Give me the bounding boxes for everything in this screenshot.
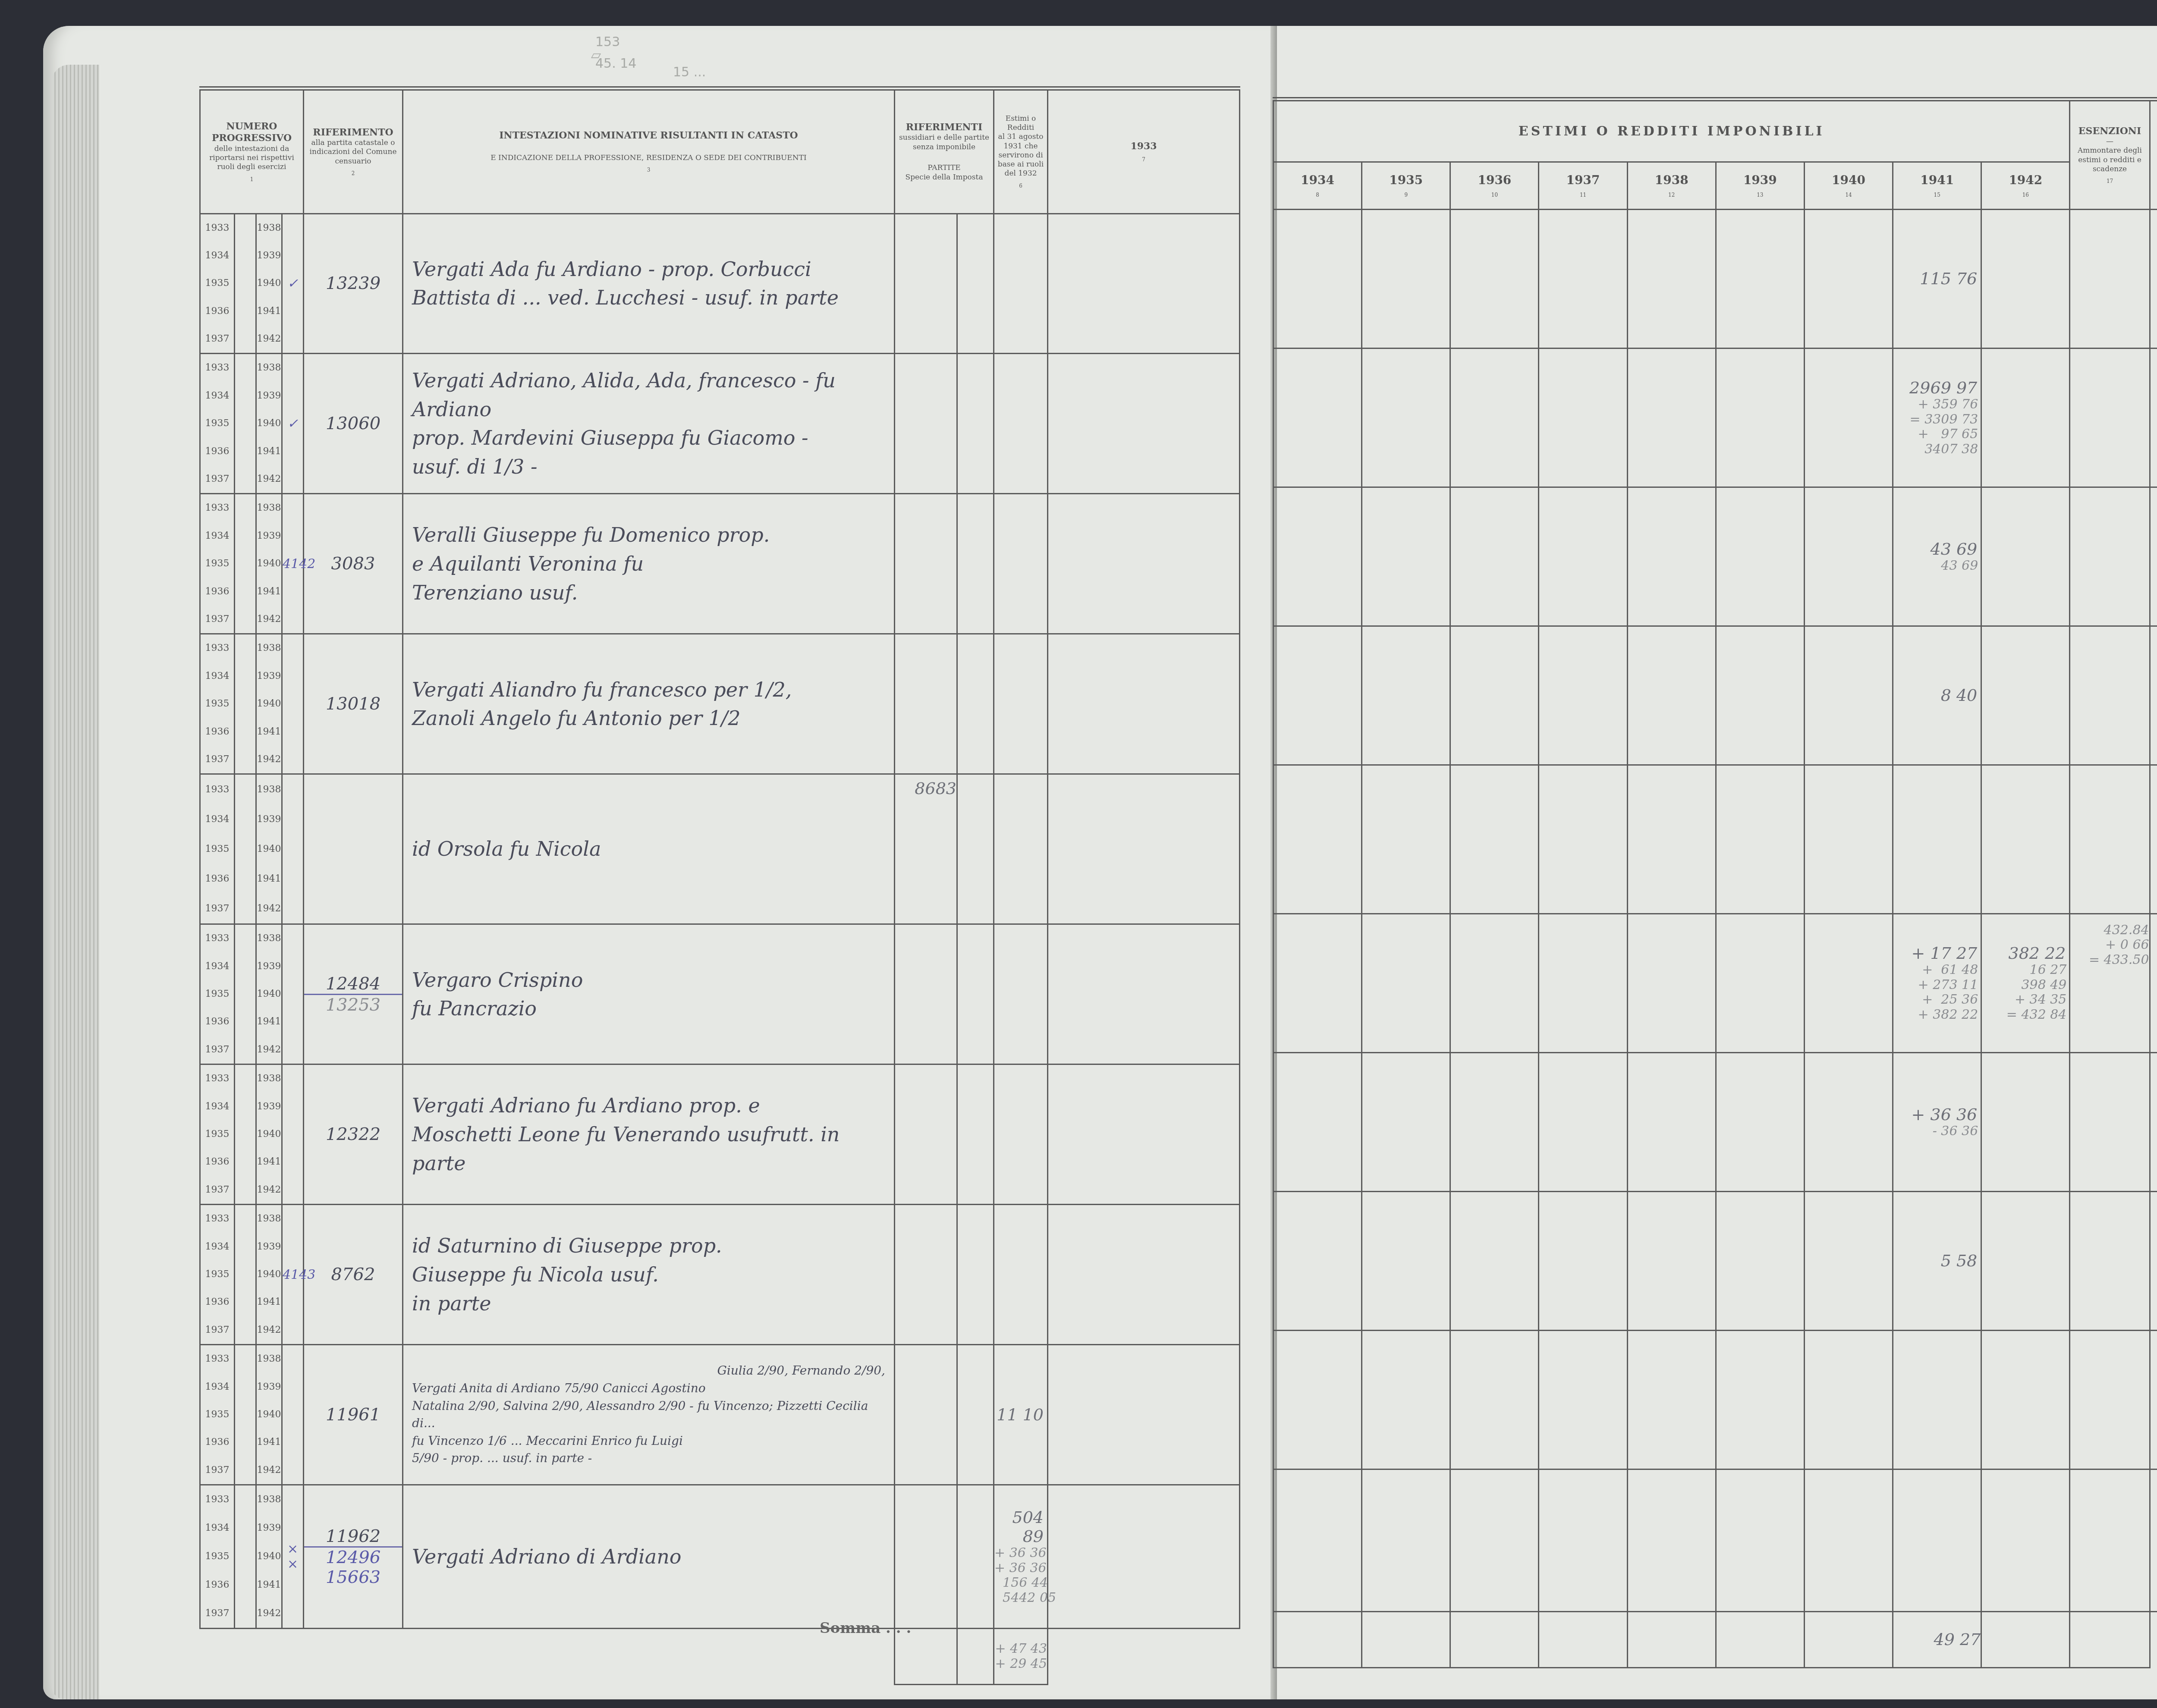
year-label: 1941 xyxy=(257,1148,281,1176)
year-label: 1934 xyxy=(201,382,234,410)
year-1933-cell xyxy=(1048,354,1240,494)
estimi-1931-cell xyxy=(994,924,1048,1064)
value-1936-cell xyxy=(1450,348,1539,487)
riferimento-cell: 11961 xyxy=(304,1345,403,1485)
partita-ref: 3083 xyxy=(304,554,402,574)
year-label: 1938 xyxy=(257,925,281,952)
partite-cell xyxy=(895,354,957,494)
value-1935-cell xyxy=(1362,1330,1450,1469)
right-ledger-table: ESTIMI O REDDITI IMPONIBILI ESENZIONI—Am… xyxy=(1273,97,2157,1668)
value-1934-cell xyxy=(1273,487,1362,626)
value-1939-cell xyxy=(1716,1330,1804,1469)
somma-row: + 47 43 + 29 45 xyxy=(200,1629,1240,1685)
year-label: 1934 xyxy=(201,662,234,690)
year-label: 1941 xyxy=(257,578,281,606)
value-1935-cell xyxy=(1362,1052,1450,1191)
intestazione-cell: id Saturnino di Giuseppe prop.Giuseppe f… xyxy=(403,1205,895,1345)
year-label: 1935 xyxy=(201,270,234,297)
value-1938-cell xyxy=(1627,765,1716,914)
year-label: 1936 xyxy=(201,1148,234,1176)
annotazioni-cell xyxy=(2150,765,2157,914)
year-label: 1938 xyxy=(257,354,281,382)
value-1942-cell xyxy=(1981,1469,2070,1611)
value-1939-cell xyxy=(1716,626,1804,765)
intestazione-cell: Vergati Adriano, Alida, Ada, francesco -… xyxy=(403,354,895,494)
year-label: 1935 xyxy=(201,834,234,864)
year-label: 1938 xyxy=(257,634,281,662)
entry-text-line: Vergati Adriano, Alida, Ada, francesco -… xyxy=(403,366,894,424)
entry-text-line: Battista di ... ved. Lucchesi - usuf. in… xyxy=(403,283,894,312)
value-1942-cell xyxy=(1981,487,2070,626)
value-1937-cell xyxy=(1539,1052,1627,1191)
value-1940-cell xyxy=(1804,1052,1893,1191)
value-1936-cell xyxy=(1450,626,1539,765)
year-label: 1935 xyxy=(201,550,234,578)
value-1935-cell xyxy=(1362,914,1450,1052)
year-label: 1939 xyxy=(257,953,281,980)
estimi-1931-cell xyxy=(994,213,1048,354)
value-1935-cell xyxy=(1362,487,1450,626)
year-label: 1939 xyxy=(257,1373,281,1401)
intestazione-cell: Vergati Adriano fu Ardiano prop. eMosche… xyxy=(403,1064,895,1205)
entry-text-line: Vergati Anita di Ardiano 75/90 Canicci A… xyxy=(403,1380,894,1397)
value-1938-cell xyxy=(1627,914,1716,1052)
year-label: 1936 xyxy=(201,1571,234,1599)
entry-row: 1933193419351936193719381939194019411942… xyxy=(200,494,1240,634)
annotazioni-cell xyxy=(2150,1052,2157,1191)
estimi-1931-cell xyxy=(994,354,1048,494)
page-edges-left xyxy=(52,65,99,1699)
value-1940-cell xyxy=(1804,1191,1893,1330)
header-year-1938: 193812 xyxy=(1627,162,1716,209)
year-label: 1941 xyxy=(257,438,281,465)
value-1938-cell xyxy=(1627,1052,1716,1191)
annotazioni-cell xyxy=(2150,914,2157,1052)
year-label: 1940 xyxy=(257,270,281,297)
value-1940-cell xyxy=(1804,914,1893,1052)
year-label: 1940 xyxy=(257,834,281,864)
year-label: 1941 xyxy=(257,718,281,746)
specie-cell xyxy=(957,494,994,634)
year-label: 1934 xyxy=(201,1514,234,1542)
value-1940-cell xyxy=(1804,1330,1893,1469)
year-label: 1935 xyxy=(201,980,234,1008)
riferimento-cell: 13239 xyxy=(304,213,403,354)
value-1936-cell xyxy=(1450,1052,1539,1191)
specie-cell xyxy=(957,1485,994,1629)
year-1933-cell xyxy=(1048,1205,1240,1345)
entry-mark: ✓ xyxy=(282,354,304,494)
header-year-1942: 194216 xyxy=(1981,162,2070,209)
value-1936-cell xyxy=(1450,1469,1539,1611)
year-label: 1938 xyxy=(257,1065,281,1093)
value-1941-cell: 2969 97+ 359 76 = 3309 73 + 97 65 3407 3… xyxy=(1893,348,1981,487)
value-1934-cell xyxy=(1273,1330,1362,1469)
year-label: 1933 xyxy=(201,214,234,242)
header-year-1936: 193610 xyxy=(1450,162,1539,209)
value-1939-cell xyxy=(1716,209,1804,348)
intestazione-cell: Giulia 2/90, Fernando 2/90,Vergati Anita… xyxy=(403,1345,895,1485)
year-label: 1938 xyxy=(257,1205,281,1233)
esenzioni-cell xyxy=(2070,765,2150,914)
header-year-1934: 19348 xyxy=(1273,162,1362,209)
value-1938-cell xyxy=(1627,487,1716,626)
year-label: 1936 xyxy=(201,438,234,465)
year-label: 1936 xyxy=(201,298,234,325)
annotazioni-cell xyxy=(2150,209,2157,348)
year-label: 1936 xyxy=(201,718,234,746)
value-1941-cell: + 17 27+ 61 48 + 273 11 + 25 36 + 382 22 xyxy=(1893,914,1981,1052)
value-1940-cell xyxy=(1804,348,1893,487)
value-1938-cell xyxy=(1627,1469,1716,1611)
year-label: 1933 xyxy=(201,354,234,382)
intestazione-cell: Vergaro Crispinofu Pancrazio xyxy=(403,924,895,1064)
header-1933: 19337 xyxy=(1048,88,1240,213)
entry-row: 1933193419351936193719381939194019411942… xyxy=(200,774,1240,924)
entry-text-line: Zanoli Angelo fu Antonio per 1/2 xyxy=(403,704,894,733)
year-label: 1940 xyxy=(257,1542,281,1571)
entry-row: 1933193419351936193719381939194019411942… xyxy=(200,1064,1240,1205)
specie-cell xyxy=(957,1064,994,1205)
esenzioni-cell xyxy=(2070,1191,2150,1330)
intestazione-cell: Vergati Adriano di Ardiano xyxy=(403,1485,895,1629)
year-label: 1938 xyxy=(257,775,281,804)
header-esenzioni: ESENZIONI—Ammontare degli estimi o reddi… xyxy=(2070,99,2150,209)
header-riferimento: RIFERIMENTOalla partita catastale o indi… xyxy=(304,88,403,213)
entry-text-line: id Orsola fu Nicola xyxy=(403,835,894,863)
year-label: 1941 xyxy=(257,1008,281,1036)
partita-ref: 13060 xyxy=(304,414,402,433)
year-label: 1942 xyxy=(257,1316,281,1344)
header-year-1939: 193913 xyxy=(1716,162,1804,209)
pencil-note: 15 ... xyxy=(673,65,706,80)
year-label: 1939 xyxy=(257,242,281,270)
year-label: 1933 xyxy=(201,494,234,522)
value-1934-cell xyxy=(1273,626,1362,765)
year-label: 1935 xyxy=(201,410,234,437)
value-1936-cell xyxy=(1450,487,1539,626)
value-1934-cell xyxy=(1273,914,1362,1052)
year-label: 1940 xyxy=(257,980,281,1008)
entry-text-line: Giuseppe fu Nicola usuf. xyxy=(403,1260,894,1289)
entry-row: 1933193419351936193719381939194019411942… xyxy=(200,213,1240,354)
partita-ref-alt: 12496 xyxy=(304,1546,402,1567)
value-1938-cell xyxy=(1627,1330,1716,1469)
specie-cell xyxy=(957,1205,994,1345)
value-1938-cell xyxy=(1627,1191,1716,1330)
year-label: 1934 xyxy=(201,522,234,550)
year-label: 1942 xyxy=(257,606,281,633)
year-label: 1937 xyxy=(201,746,234,773)
value-1941-cell: 43 6943 69 xyxy=(1893,487,1981,626)
estimi-1931-cell xyxy=(994,774,1048,924)
partite-cell xyxy=(895,1064,957,1205)
riferimento-cell: 13060 xyxy=(304,354,403,494)
esenzioni-cell xyxy=(2070,626,2150,765)
value-1936-cell xyxy=(1450,1330,1539,1469)
year-1933-cell xyxy=(1048,1064,1240,1205)
entry-text-line: id Saturnino di Giuseppe prop. xyxy=(403,1231,894,1260)
year-label: 1939 xyxy=(257,1233,281,1261)
year-label: 1938 xyxy=(257,1485,281,1514)
year-label: 1934 xyxy=(201,242,234,270)
year-label: 1933 xyxy=(201,925,234,952)
year-label: 1937 xyxy=(201,1316,234,1344)
value-1935-cell xyxy=(1362,1191,1450,1330)
partita-ref: 11961 xyxy=(304,1405,402,1425)
year-label: 1942 xyxy=(257,1457,281,1484)
header-year-1937: 193711 xyxy=(1539,162,1627,209)
somma-estimi-1931: + 47 43 + 29 45 xyxy=(994,1629,1048,1685)
value-1937-cell xyxy=(1539,209,1627,348)
year-label: 1935 xyxy=(201,1401,234,1429)
value-1941-cell: 8 40 xyxy=(1893,626,1981,765)
intestazione-cell: Vergati Aliandro fu francesco per 1/2,Za… xyxy=(403,634,895,774)
entry-text-line: Moschetti Leone fu Venerando usufrutt. i… xyxy=(403,1120,894,1177)
esenzioni-cell xyxy=(2070,1330,2150,1469)
entry-text-line: in parte xyxy=(403,1289,894,1318)
year-label: 1934 xyxy=(201,953,234,980)
esenzioni-cell: 432.84 + 0 66 = 433.50 xyxy=(2070,914,2150,1052)
value-1942-cell xyxy=(1981,348,2070,487)
esenzioni-cell xyxy=(2070,348,2150,487)
year-label: 1933 xyxy=(201,634,234,662)
entry-values-row: 115 76 xyxy=(1273,209,2157,348)
year-label: 1935 xyxy=(201,690,234,718)
value-1942-cell xyxy=(1981,626,2070,765)
value-1936-cell xyxy=(1450,209,1539,348)
value-1940-cell xyxy=(1804,209,1893,348)
year-label: 1936 xyxy=(201,864,234,894)
value-1940-cell xyxy=(1804,626,1893,765)
year-label: 1934 xyxy=(201,1373,234,1401)
year-label: 1939 xyxy=(257,522,281,550)
year-label: 1942 xyxy=(257,894,281,923)
year-label: 1939 xyxy=(257,1093,281,1121)
esenzioni-cell xyxy=(2070,1469,2150,1611)
estimi-1931-cell: 11 10 xyxy=(994,1345,1048,1485)
value-1934-cell xyxy=(1273,209,1362,348)
value-1940-cell xyxy=(1804,765,1893,914)
value-1939-cell xyxy=(1716,765,1804,914)
value-1937-cell xyxy=(1539,626,1627,765)
partita-ref: 12484 xyxy=(304,974,402,994)
value-1935-cell xyxy=(1362,209,1450,348)
value-1939-cell xyxy=(1716,1469,1804,1611)
value-1934-cell xyxy=(1273,1052,1362,1191)
annotazioni-cell xyxy=(2150,626,2157,765)
header-annotazioni: ANNOTAZIONI18 xyxy=(2150,99,2157,209)
partite-cell xyxy=(895,213,957,354)
year-label: 1941 xyxy=(257,1571,281,1599)
year-label: 1934 xyxy=(201,1233,234,1261)
value-1934-cell xyxy=(1273,765,1362,914)
value-1941-cell xyxy=(1893,1330,1981,1469)
header-intestazioni: INTESTAZIONI NOMINATIVE RISULTANTI IN CA… xyxy=(403,88,895,213)
value-1942-cell xyxy=(1981,1191,2070,1330)
year-label: 1935 xyxy=(201,1121,234,1148)
entry-text-line: prop. Mardevini Giuseppa fu Giacomo - xyxy=(403,424,894,452)
entry-row: 1933193419351936193719381939194019411942… xyxy=(200,1345,1240,1485)
entry-values-row: + 17 27+ 61 48 + 273 11 + 25 36 + 382 22… xyxy=(1273,914,2157,1052)
entry-row: 1933193419351936193719381939194019411942… xyxy=(200,924,1240,1064)
year-label: 1937 xyxy=(201,1599,234,1628)
partita-ref: 13018 xyxy=(304,694,402,714)
year-1933-cell xyxy=(1048,494,1240,634)
entry-text-line: Natalina 2/90, Salvina 2/90, Alessandro … xyxy=(403,1397,894,1432)
specie-cell xyxy=(957,774,994,924)
year-label: 1942 xyxy=(257,746,281,773)
year-label: 1937 xyxy=(201,465,234,493)
value-1941-cell xyxy=(1893,1469,1981,1611)
year-label: 1940 xyxy=(257,1121,281,1148)
year-label: 1938 xyxy=(257,494,281,522)
value-1937-cell xyxy=(1539,1330,1627,1469)
intestazione-cell: id Orsola fu Nicola xyxy=(403,774,895,924)
year-label: 1937 xyxy=(201,325,234,353)
partita-ref: 11962 xyxy=(304,1526,402,1546)
estimi-1931-cell xyxy=(994,1064,1048,1205)
partite-cell xyxy=(895,494,957,634)
year-label: 1934 xyxy=(201,804,234,834)
entry-mark xyxy=(282,774,304,924)
entry-mark: × × xyxy=(282,1485,304,1629)
entry-text-line: Vergati Adriano fu Ardiano prop. e xyxy=(403,1091,894,1120)
header-estimi-1931: Estimi o Redditial 31 agosto 1931 che se… xyxy=(994,88,1048,213)
value-1942-cell xyxy=(1981,765,2070,914)
entry-text-line: Veralli Giuseppe fu Domenico prop. xyxy=(403,521,894,549)
value-1941-cell: 115 76 xyxy=(1893,209,1981,348)
year-label: 1933 xyxy=(201,1205,234,1233)
left-ledger-table: NUMERO PROGRESSIVOdelle intestazioni da … xyxy=(199,86,1240,1685)
year-1933-cell xyxy=(1048,1345,1240,1485)
entry-text-line: Vergaro Crispino xyxy=(403,966,894,995)
value-1937-cell xyxy=(1539,348,1627,487)
entry-text-line: Vergati Adriano di Ardiano xyxy=(403,1542,894,1571)
value-1941-cell xyxy=(1893,765,1981,914)
intestazione-cell: Veralli Giuseppe fu Domenico prop.e Aqui… xyxy=(403,494,895,634)
entry-mark xyxy=(282,924,304,1064)
year-label: 1941 xyxy=(257,864,281,894)
year-label: 1940 xyxy=(257,690,281,718)
specie-cell xyxy=(957,1345,994,1485)
value-1942-cell xyxy=(1981,209,2070,348)
entry-mark: 4142 xyxy=(282,494,304,634)
pencil-note: 45. 14 xyxy=(595,56,636,71)
value-1936-cell xyxy=(1450,914,1539,1052)
year-label: 1936 xyxy=(201,1429,234,1456)
entry-text-line: Vergati Ada fu Ardiano - prop. Corbucci xyxy=(403,255,894,284)
value-1936-cell xyxy=(1450,765,1539,914)
somma-label: Somma . . . xyxy=(820,1620,911,1637)
year-label: 1942 xyxy=(257,1176,281,1204)
entry-text-line: Terenziano usuf. xyxy=(403,578,894,607)
year-label: 1936 xyxy=(201,1288,234,1316)
value-1937-cell xyxy=(1539,1191,1627,1330)
value-1939-cell xyxy=(1716,487,1804,626)
value-1935-cell xyxy=(1362,1469,1450,1611)
year-label: 1940 xyxy=(257,1401,281,1429)
value-1934-cell xyxy=(1273,348,1362,487)
estimi-1931-cell xyxy=(994,1205,1048,1345)
year-label: 1936 xyxy=(201,578,234,606)
annotazioni-cell xyxy=(2150,1469,2157,1611)
value-1934-cell xyxy=(1273,1469,1362,1611)
header-estimi-imponibili: ESTIMI O REDDITI IMPONIBILI xyxy=(1273,99,2070,162)
year-label: 1937 xyxy=(201,1457,234,1484)
entry-mark xyxy=(282,1345,304,1485)
entry-text-line: fu Vincenzo 1/6 ... Meccarini Enrico fu … xyxy=(403,1432,894,1450)
value-1942-cell: 382 2216 27 398 49 + 34 35 = 432 84 xyxy=(1981,914,2070,1052)
intestazione-cell: Vergati Ada fu Ardiano - prop. CorbucciB… xyxy=(403,213,895,354)
year-label: 1933 xyxy=(201,1345,234,1373)
year-label: 1941 xyxy=(257,1288,281,1316)
esenzioni-cell xyxy=(2070,209,2150,348)
entry-row: 1933193419351936193719381939194019411942… xyxy=(200,1485,1240,1629)
entry-mark xyxy=(282,1064,304,1205)
year-label: 1938 xyxy=(257,1345,281,1373)
header-year-1940: 194014 xyxy=(1804,162,1893,209)
entry-values-row: 5 58 xyxy=(1273,1191,2157,1330)
partite-cell xyxy=(895,634,957,774)
specie-cell xyxy=(957,354,994,494)
somma-values-row: 49 27 xyxy=(1273,1611,2157,1667)
year-1933-cell xyxy=(1048,634,1240,774)
riferimento-cell: 13018 xyxy=(304,634,403,774)
riferimento-cell xyxy=(304,774,403,924)
entry-values-row xyxy=(1273,1469,2157,1611)
value-1938-cell xyxy=(1627,348,1716,487)
year-label: 1933 xyxy=(201,1485,234,1514)
year-label: 1933 xyxy=(201,1065,234,1093)
partite-cell xyxy=(895,1205,957,1345)
partite-cell xyxy=(895,1345,957,1485)
year-label: 1936 xyxy=(201,1008,234,1036)
value-1941-cell: 5 58 xyxy=(1893,1191,1981,1330)
annotazioni-cell xyxy=(2150,1330,2157,1469)
year-label: 1937 xyxy=(201,894,234,923)
entry-values-row: + 36 36- 36 36 xyxy=(1273,1052,2157,1191)
value-1938-cell xyxy=(1627,209,1716,348)
value-1935-cell xyxy=(1362,626,1450,765)
value-1940-cell xyxy=(1804,487,1893,626)
year-label: 1935 xyxy=(201,1261,234,1288)
esenzioni-cell xyxy=(2070,487,2150,626)
header-year-1935: 19359 xyxy=(1362,162,1450,209)
value-1939-cell xyxy=(1716,1191,1804,1330)
value-1942-cell xyxy=(1981,1052,2070,1191)
year-label: 1938 xyxy=(257,214,281,242)
estimi-1931-cell xyxy=(994,634,1048,774)
header-year-1941: 194115 xyxy=(1893,162,1981,209)
specie-cell xyxy=(957,924,994,1064)
estimi-1931-cell: 504 89+ 36 36 + 36 36 156 44 5442 05 xyxy=(994,1485,1048,1629)
value-1935-cell xyxy=(1362,348,1450,487)
entry-text-line: usuf. di 1/3 - xyxy=(403,452,894,481)
value-1937-cell xyxy=(1539,765,1627,914)
value-1937-cell xyxy=(1539,1469,1627,1611)
value-1940-cell xyxy=(1804,1469,1893,1611)
value-1937-cell xyxy=(1539,914,1627,1052)
entry-text-line: 5/90 - prop. ... usuf. in parte - xyxy=(403,1450,894,1467)
entry-row: 1933193419351936193719381939194019411942… xyxy=(200,1205,1240,1345)
year-label: 1937 xyxy=(201,1036,234,1064)
year-label: 1940 xyxy=(257,550,281,578)
entry-values-row: 8 40 xyxy=(1273,626,2157,765)
partite-cell: 8683 xyxy=(895,774,957,924)
year-label: 1942 xyxy=(257,465,281,493)
year-label: 1939 xyxy=(257,1514,281,1542)
